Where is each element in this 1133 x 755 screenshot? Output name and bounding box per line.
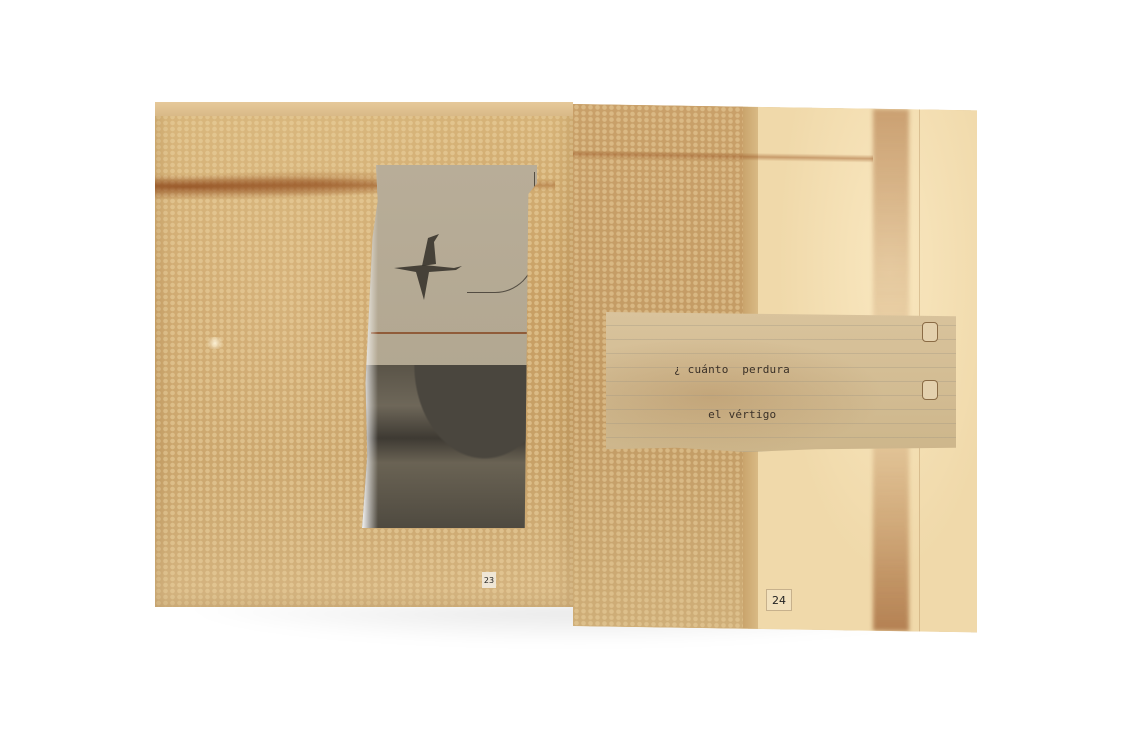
sprocket-hole-icon (922, 322, 938, 342)
page-number-right: 24 (766, 589, 792, 611)
book-photo: ¿ cuánto perdura el vértigo cuando ni ap… (0, 0, 1133, 755)
sprocket-hole-icon (922, 380, 938, 400)
photo-wire-line (467, 172, 535, 293)
page-number-left: 23 (482, 572, 496, 588)
photo-rust-line (371, 332, 529, 334)
light-spot (205, 337, 225, 349)
typed-note: ¿ cuánto perdura el vértigo cuando ni ap… (606, 312, 956, 452)
poem-line: ¿ cuánto perdura (674, 362, 845, 377)
torn-photo-collage (362, 165, 537, 528)
poem-line: el vértigo (674, 407, 845, 422)
photo-hills (362, 365, 537, 528)
left-page-top-edge (155, 102, 573, 116)
bird-icon (384, 220, 474, 310)
